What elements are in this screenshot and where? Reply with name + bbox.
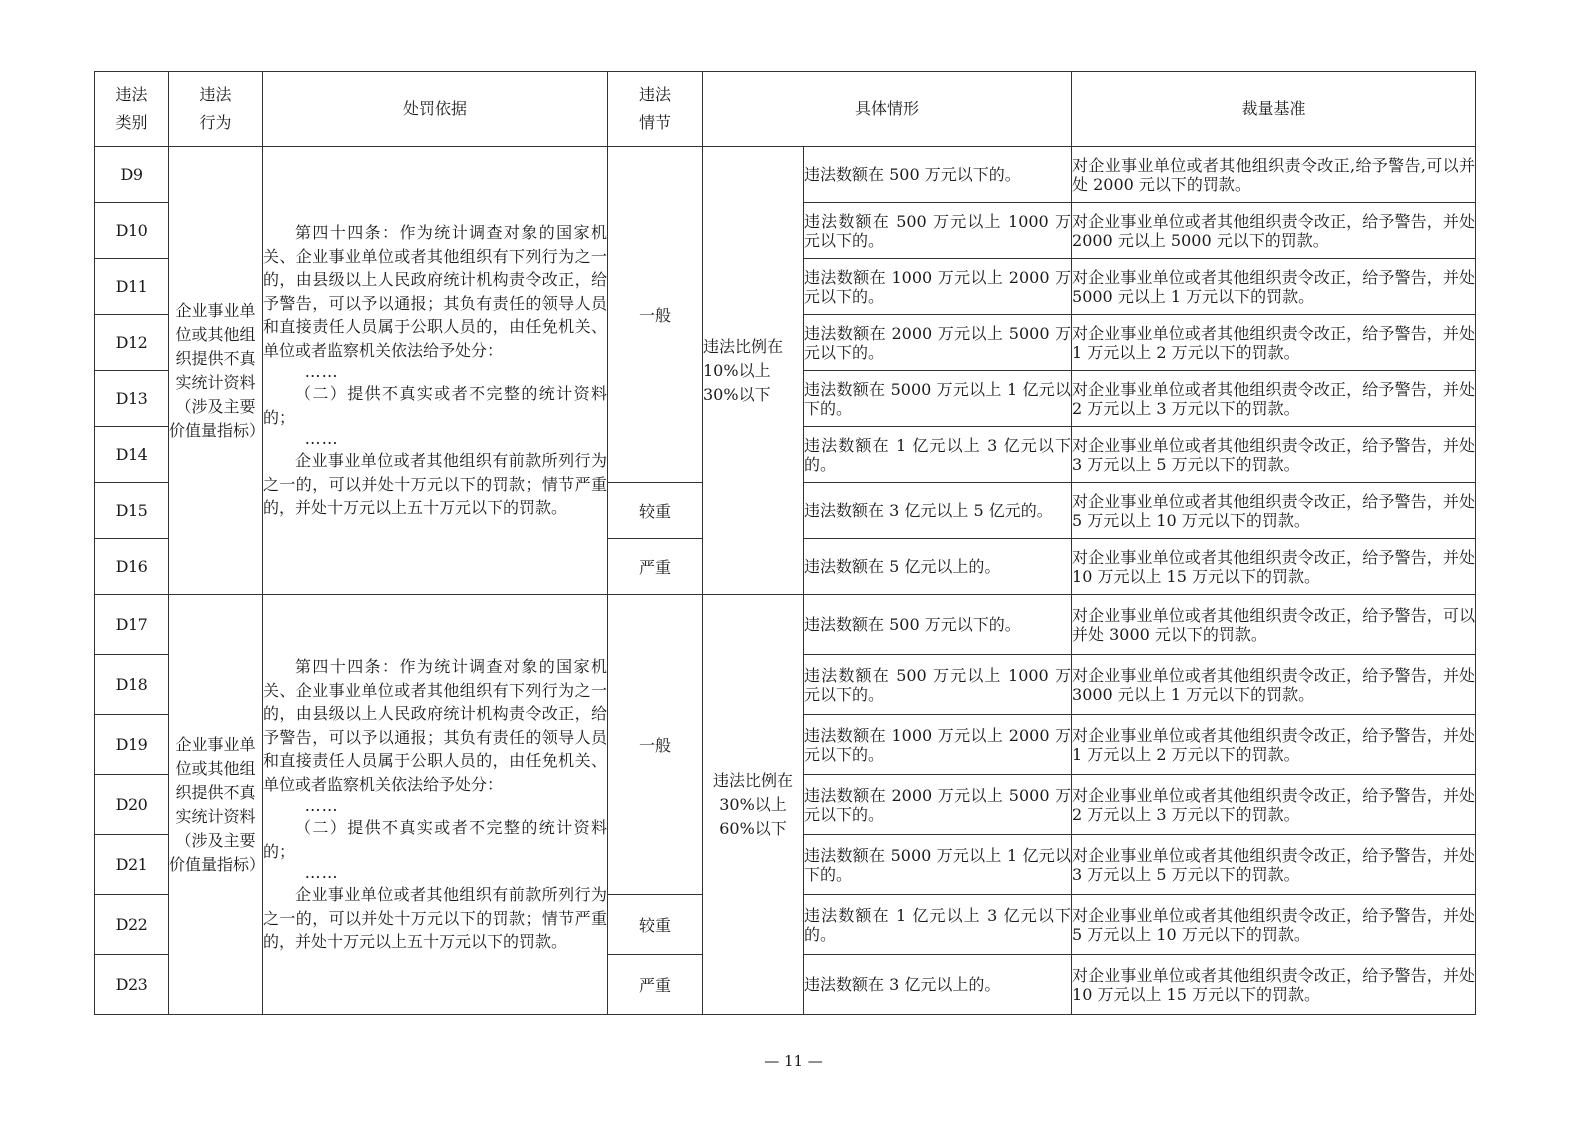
basis-paragraph: 企业事业单位或者其他组织有前款所列行为之一的，可以并处十万元以下的罚款；情节严重… [263, 883, 607, 954]
standard: 对企业事业单位或者其他组织责令改正，给予警告，并处 3 万元以上 5 万元以下的… [1072, 427, 1476, 483]
category-code: D16 [95, 539, 169, 595]
standard: 对企业事业单位或者其他组织责令改正，给予警告，并处 10 万元以上 15 万元以… [1072, 955, 1476, 1015]
level-general: 一般 [608, 147, 703, 483]
table-row: D9 企业事业单位或其他组织提供不真实统计资料（涉及主要价值量指标） 第四十四条… [95, 147, 1476, 203]
situation: 违法数额在 2000 万元以上 5000 万元以下的。 [804, 315, 1072, 371]
situation: 违法数额在 500 万元以下的。 [804, 595, 1072, 655]
standard: 对企业事业单位或者其他组织责令改正，给予警告，并处 10 万元以上 15 万元以… [1072, 539, 1476, 595]
situation: 违法数额在 5000 万元以上 1 亿元以下的。 [804, 835, 1072, 895]
category-code: D18 [95, 655, 169, 715]
basis-ellipsis: …… [263, 362, 607, 382]
situation: 违法数额在 1 亿元以上 3 亿元以下的。 [804, 895, 1072, 955]
header-behavior: 违法行为 [169, 72, 263, 147]
category-code: D19 [95, 715, 169, 775]
violation-ratio: 违法比例在10%以上30%以下 [703, 147, 804, 595]
standard: 对企业事业单位或者其他组织责令改正，给予警告，并处 2 万元以上 3 万元以下的… [1072, 775, 1476, 835]
standard: 对企业事业单位或者其他组织责令改正，给予警告，并处 5000 元以上 1 万元以… [1072, 259, 1476, 315]
situation: 违法数额在 1000 万元以上 2000 万元以下的。 [804, 715, 1072, 775]
category-code: D22 [95, 895, 169, 955]
standard: 对企业事业单位或者其他组织责令改正，给予警告，可以并处 3000 元以下的罚款。 [1072, 595, 1476, 655]
violation-behavior: 企业事业单位或其他组织提供不真实统计资料（涉及主要价值量指标） [169, 147, 263, 595]
situation: 违法数额在 5000 万元以上 1 亿元以下的。 [804, 371, 1072, 427]
violation-behavior: 企业事业单位或其他组织提供不真实统计资料（涉及主要价值量指标） [169, 595, 263, 1015]
basis-paragraph: （二）提供不真实或者不完整的统计资料的； [263, 816, 607, 863]
penalty-basis: 第四十四条：作为统计调查对象的国家机关、企业事业单位或者其他组织有下列行为之一的… [263, 147, 608, 595]
basis-ellipsis: …… [263, 796, 607, 816]
level-serious: 较重 [608, 895, 703, 955]
table-header-row: 违法类别 违法行为 处罚依据 违法情节 具体情形 裁量基准 [95, 72, 1476, 147]
category-code: D21 [95, 835, 169, 895]
standard: 对企业事业单位或者其他组织责令改正，给予警告，并处 5 万元以上 10 万元以下… [1072, 895, 1476, 955]
header-situation: 具体情形 [703, 72, 1072, 147]
standard: 对企业事业单位或者其他组织责令改正,给予警告,可以并处 2000 元以下的罚款。 [1072, 147, 1476, 203]
table-row: D17 企业事业单位或其他组织提供不真实统计资料（涉及主要价值量指标） 第四十四… [95, 595, 1476, 655]
situation: 违法数额在 3 亿元以上 5 亿元的。 [804, 483, 1072, 539]
situation: 违法数额在 5 亿元以上的。 [804, 539, 1072, 595]
basis-ellipsis: …… [263, 863, 607, 883]
situation: 违法数额在 500 万元以下的。 [804, 147, 1072, 203]
basis-paragraph: 企业事业单位或者其他组织有前款所列行为之一的，可以并处十万元以下的罚款；情节严重… [263, 449, 607, 520]
penalty-basis: 第四十四条：作为统计调查对象的国家机关、企业事业单位或者其他组织有下列行为之一的… [263, 595, 608, 1015]
situation: 违法数额在 500 万元以上 1000 万元以下的。 [804, 203, 1072, 259]
discretion-standards-table: 违法类别 违法行为 处罚依据 违法情节 具体情形 裁量基准 D9 企业事业单位或… [94, 71, 1476, 1015]
category-code: D14 [95, 427, 169, 483]
header-level: 违法情节 [608, 72, 703, 147]
header-category: 违法类别 [95, 72, 169, 147]
standard: 对企业事业单位或者其他组织责令改正，给予警告，并处 2 万元以上 3 万元以下的… [1072, 371, 1476, 427]
category-code: D11 [95, 259, 169, 315]
category-code: D10 [95, 203, 169, 259]
basis-paragraph: 第四十四条：作为统计调查对象的国家机关、企业事业单位或者其他组织有下列行为之一的… [263, 655, 607, 796]
level-serious: 较重 [608, 483, 703, 539]
category-code: D23 [95, 955, 169, 1015]
basis-ellipsis: …… [263, 429, 607, 449]
standard: 对企业事业单位或者其他组织责令改正，给予警告，并处 3000 元以上 1 万元以… [1072, 655, 1476, 715]
basis-paragraph: 第四十四条：作为统计调查对象的国家机关、企业事业单位或者其他组织有下列行为之一的… [263, 221, 607, 362]
header-basis: 处罚依据 [263, 72, 608, 147]
standard: 对企业事业单位或者其他组织责令改正，给予警告，并处 1 万元以上 2 万元以下的… [1072, 315, 1476, 371]
situation: 违法数额在 500 万元以上 1000 万元以下的。 [804, 655, 1072, 715]
category-code: D12 [95, 315, 169, 371]
level-severe: 严重 [608, 955, 703, 1015]
situation: 违法数额在 2000 万元以上 5000 万元以下的。 [804, 775, 1072, 835]
standard: 对企业事业单位或者其他组织责令改正，给予警告，并处 3 万元以上 5 万元以下的… [1072, 835, 1476, 895]
category-code: D15 [95, 483, 169, 539]
level-general: 一般 [608, 595, 703, 895]
standard: 对企业事业单位或者其他组织责令改正，给予警告，并处 5 万元以上 10 万元以下… [1072, 483, 1476, 539]
violation-ratio: 违法比例在 30%以上 60%以下 [703, 595, 804, 1015]
page-number: — 11 — [0, 1052, 1587, 1070]
standard: 对企业事业单位或者其他组织责令改正，给予警告，并处 2000 元以上 5000 … [1072, 203, 1476, 259]
standard: 对企业事业单位或者其他组织责令改正，给予警告，并处 1 万元以上 2 万元以下的… [1072, 715, 1476, 775]
category-code: D9 [95, 147, 169, 203]
situation: 违法数额在 3 亿元以上的。 [804, 955, 1072, 1015]
situation: 违法数额在 1000 万元以上 2000 万元以下的。 [804, 259, 1072, 315]
category-code: D20 [95, 775, 169, 835]
situation: 违法数额在 1 亿元以上 3 亿元以下的。 [804, 427, 1072, 483]
basis-paragraph: （二）提供不真实或者不完整的统计资料的； [263, 382, 607, 429]
header-standard: 裁量基准 [1072, 72, 1476, 147]
category-code: D13 [95, 371, 169, 427]
category-code: D17 [95, 595, 169, 655]
level-severe: 严重 [608, 539, 703, 595]
